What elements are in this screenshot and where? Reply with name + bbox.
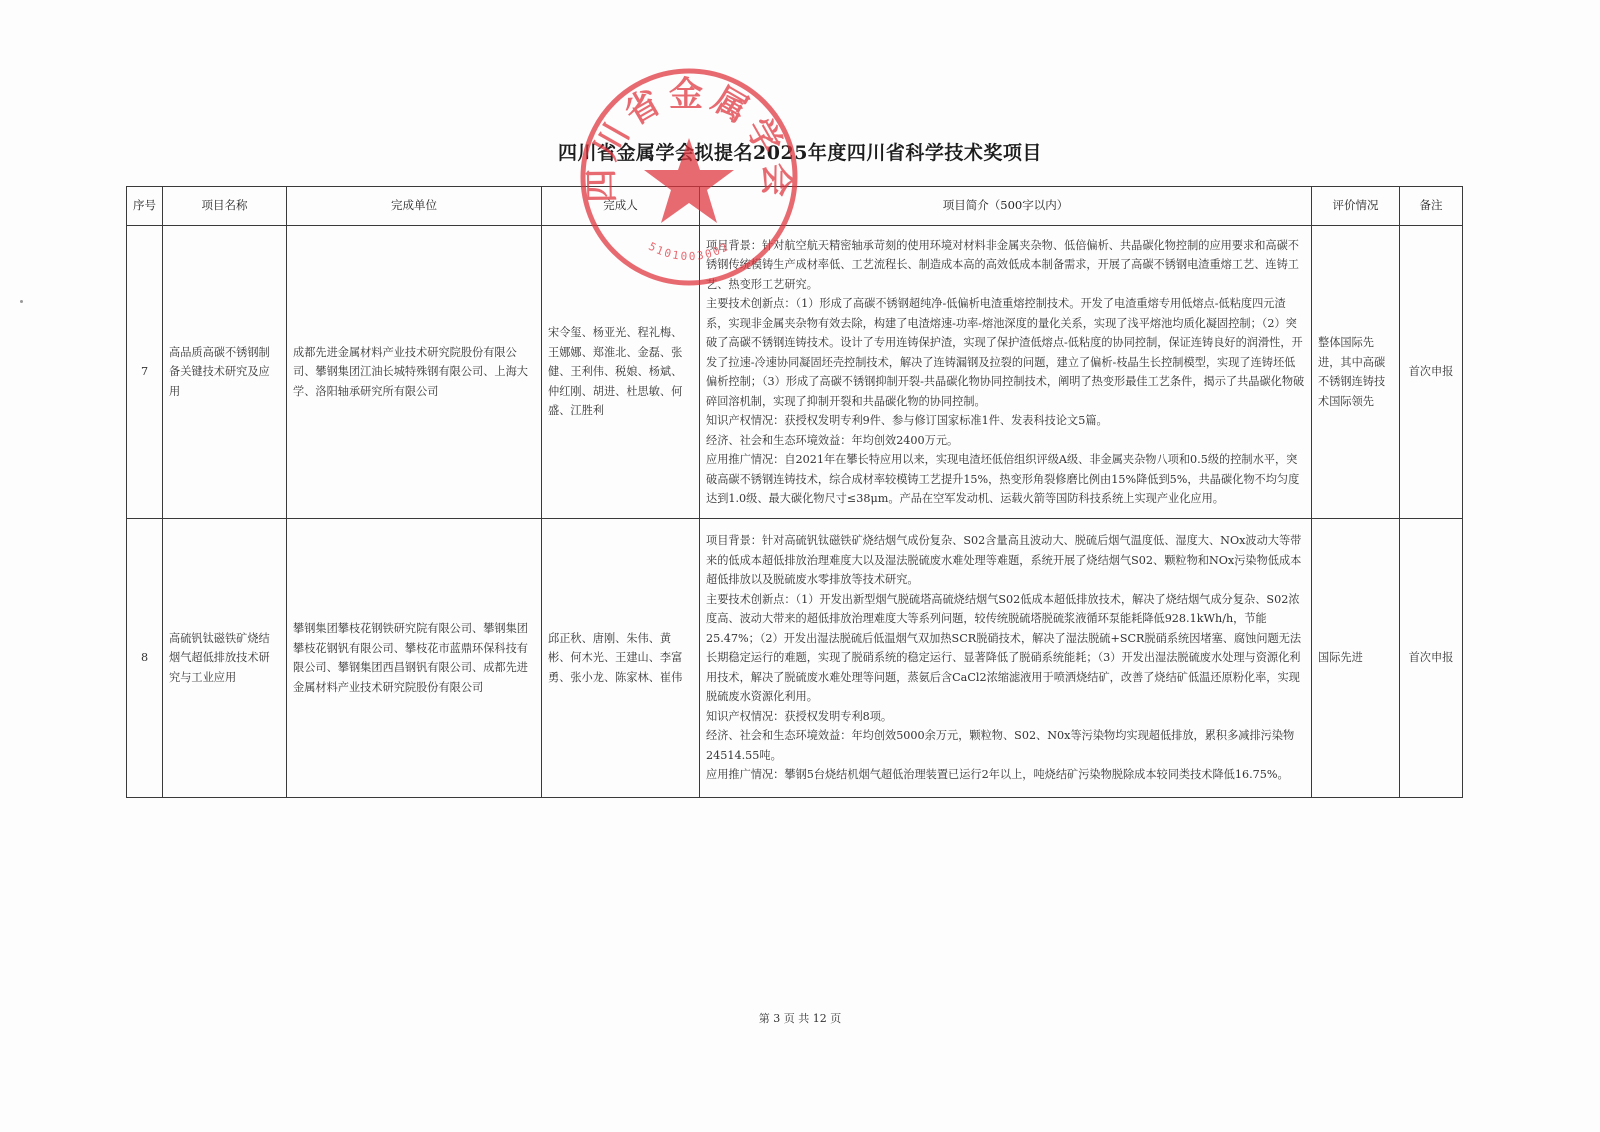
intro-background: 项目背景：针对航空航天精密轴承苛刻的使用环境对材料非金属夹杂物、低倍偏析、共晶碳… (706, 236, 1305, 295)
row-no: 7 (127, 226, 163, 519)
row-no: 8 (127, 519, 163, 798)
row-remark: 首次申报 (1400, 226, 1463, 519)
scan-speck (20, 300, 23, 303)
intro-application: 应用推广情况：自2021年在攀长特应用以来，实现电渣坯低倍组织评级A级、非金属夹… (706, 450, 1305, 509)
table-row: 7 高品质高碳不锈钢制备关键技术研究及应用 成都先进金属材料产业技术研究院股份有… (127, 226, 1463, 519)
intro-application: 应用推广情况：攀钢5台烧结机烟气超低治理装置已运行2年以上，吨烧结矿污染物脱除成… (706, 765, 1305, 785)
intro-benefits: 经济、社会和生态环境效益：年均创效5000余万元，颗粒物、S02、N0x等污染物… (706, 726, 1305, 765)
header-name: 项目名称 (163, 187, 287, 226)
header-no: 序号 (127, 187, 163, 226)
row-intro: 项目背景：针对高硫钒钛磁铁矿烧结烟气成份复杂、S02含量高且波动大、脱硫后烟气温… (700, 519, 1312, 798)
table-row: 8 高硫钒钛磁铁矿烧结烟气超低排放技术研究与工业应用 攀钢集团攀枝花钢铁研究院有… (127, 519, 1463, 798)
intro-ip: 知识产权情况：获授权发明专利8项。 (706, 707, 1305, 727)
row-remark: 首次申报 (1400, 519, 1463, 798)
row-evaluation: 整体国际先进，其中高碳不锈钢连铸技术国际领先 (1312, 226, 1400, 519)
intro-ip: 知识产权情况：获授权发明专利9件、参与修订国家标准1件、发表科技论文5篇。 (706, 411, 1305, 431)
header-people: 完成人 (542, 187, 700, 226)
intro-innovations: 主要技术创新点：（1）开发出新型烟气脱硫塔高硫烧结烟气S02低成本超低排放技术，… (706, 590, 1305, 707)
row-intro: 项目背景：针对航空航天精密轴承苛刻的使用环境对材料非金属夹杂物、低倍偏析、共晶碳… (700, 226, 1312, 519)
header-evaluation: 评价情况 (1312, 187, 1400, 226)
header-remark: 备注 (1400, 187, 1463, 226)
page-number: 第 3 页 共 12 页 (0, 1010, 1600, 1026)
row-project-name: 高硫钒钛磁铁矿烧结烟气超低排放技术研究与工业应用 (163, 519, 287, 798)
row-project-name: 高品质高碳不锈钢制备关键技术研究及应用 (163, 226, 287, 519)
row-people: 邱正秋、唐刚、朱伟、黄彬、何木光、王建山、李富勇、张小龙、陈家林、崔伟 (542, 519, 700, 798)
header-intro: 项目简介（500字以内） (700, 187, 1312, 226)
header-units: 完成单位 (287, 187, 542, 226)
document-title: 四川省金属学会拟提名2025年度四川省科学技术奖项目 (0, 138, 1600, 165)
table-header-row: 序号 项目名称 完成单位 完成人 项目简介（500字以内） 评价情况 备注 (127, 187, 1463, 226)
intro-benefits: 经济、社会和生态环境效益：年均创效2400万元。 (706, 431, 1305, 451)
row-units: 成都先进金属材料产业技术研究院股份有限公司、攀钢集团江油长城特殊钢有限公司、上海… (287, 226, 542, 519)
row-evaluation: 国际先进 (1312, 519, 1400, 798)
award-projects-table: 序号 项目名称 完成单位 完成人 项目简介（500字以内） 评价情况 备注 7 … (126, 186, 1463, 798)
row-units: 攀钢集团攀枝花钢铁研究院有限公司、攀钢集团攀枝花钢钒有限公司、攀枝花市蓝鼎环保科… (287, 519, 542, 798)
row-people: 宋令玺、杨亚光、程礼梅、王娜娜、郑淮北、金磊、张健、王利伟、税娘、杨斌、仲红刚、… (542, 226, 700, 519)
intro-innovations: 主要技术创新点：（1）形成了高碳不锈钢超纯净-低偏析电渣重熔控制技术。开发了电渣… (706, 294, 1305, 411)
intro-background: 项目背景：针对高硫钒钛磁铁矿烧结烟气成份复杂、S02含量高且波动大、脱硫后烟气温… (706, 531, 1305, 590)
document-page: 四川省金属学会拟提名2025年度四川省科学技术奖项目 序号 项目名称 完成单位 … (0, 0, 1600, 1132)
